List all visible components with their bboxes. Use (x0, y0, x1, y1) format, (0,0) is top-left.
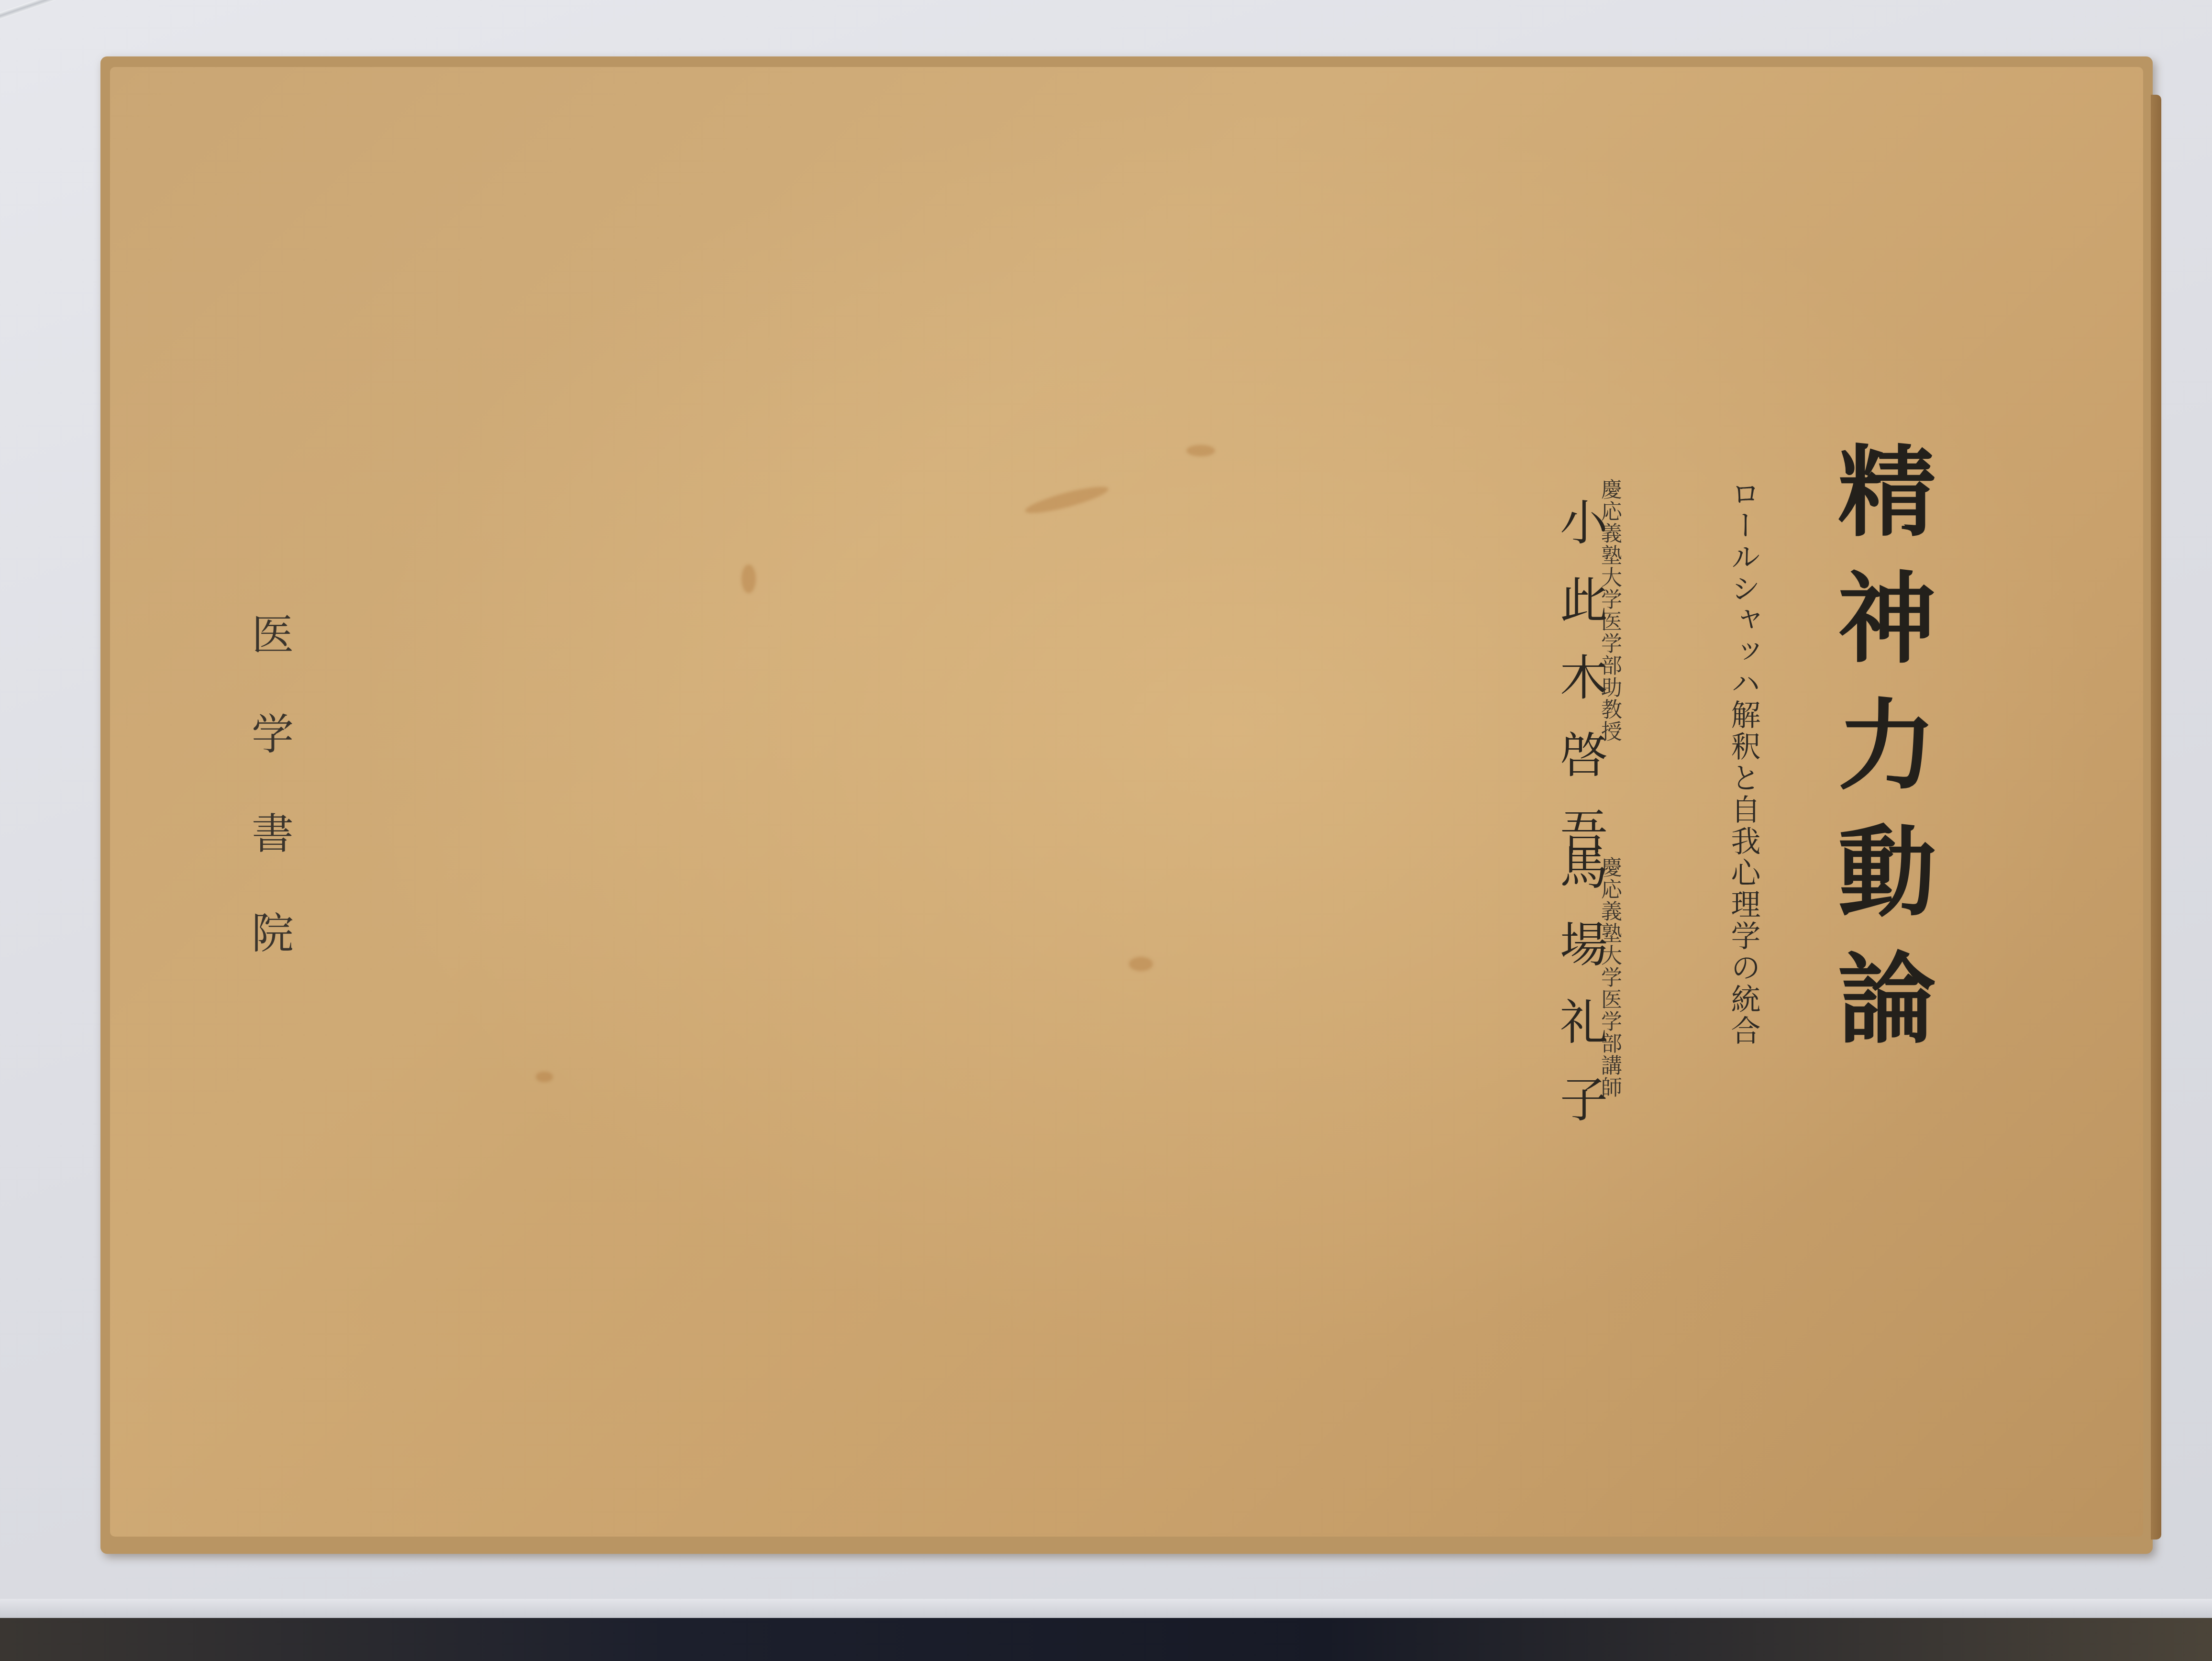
foxing-stain (1129, 957, 1153, 971)
foxing-stain (1186, 445, 1215, 456)
book-subtitle: ロールシャッハ解釈と自我心理学の統合 (1722, 478, 1765, 1047)
slipcase-side-edge (2151, 95, 2161, 1539)
foxing-stain (536, 1072, 553, 1082)
floor-background (0, 1618, 2212, 1661)
author-name: 馬場礼子 (1545, 842, 1614, 1152)
author-name: 小此木啓吾 (1545, 498, 1614, 885)
table-edge (0, 1599, 2212, 1618)
publisher-name: 医学書院 (239, 612, 299, 1010)
foxing-stain (741, 565, 756, 593)
book-title: 精神力動論 (1808, 440, 1949, 1074)
